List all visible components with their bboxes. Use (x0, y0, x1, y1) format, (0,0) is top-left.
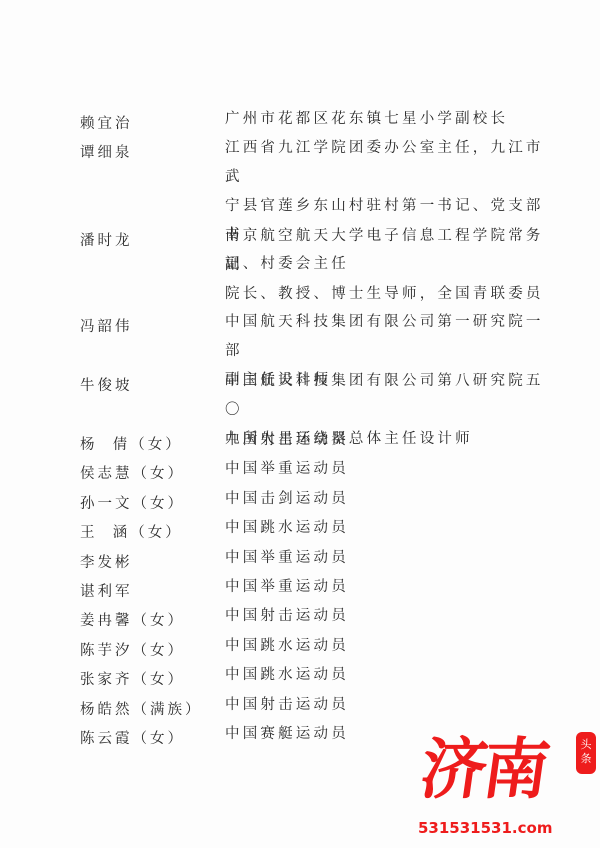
person-name: 姜冉馨（女） (80, 609, 185, 630)
person-name: 赖宜治 (80, 112, 133, 133)
person-description: 南京航空航天大学电子信息工程学院常务副 院长、教授、博士生导师，全国青联委员 (225, 222, 545, 309)
person-description: 中国举重运动员 (225, 544, 545, 573)
person-name: 潘时龙 (80, 229, 133, 250)
person-name: 侯志慧（女） (80, 462, 185, 483)
person-name: 孙一文（女） (80, 492, 185, 513)
person-description: 广州市花都区花东镇七星小学副校长 (225, 105, 545, 134)
person-description: 中国射击运动员 (225, 426, 545, 455)
person-description: 中国举重运动员 (225, 455, 545, 484)
person-description: 中国击剑运动员 (225, 485, 545, 514)
person-description: 中国跳水运动员 (225, 514, 545, 543)
watermark-brand: 济南 (415, 716, 552, 811)
person-name: 冯韶伟 (80, 315, 133, 336)
person-name: 谭细泉 (80, 141, 133, 162)
person-description: 中国射击运动员 (225, 602, 545, 631)
watermark-logo: 济南 头条 531531531.com (410, 712, 590, 842)
person-description: 中国举重运动员 (225, 573, 545, 602)
person-name: 杨皓然（满族） (80, 698, 203, 719)
person-name: 陈芋汐（女） (80, 639, 185, 660)
person-name: 王 涵（女） (80, 521, 183, 542)
watermark-tag: 头条 (576, 732, 596, 774)
person-description: 中国跳水运动员 (225, 661, 545, 690)
person-name: 杨 倩（女） (80, 433, 183, 454)
person-description: 中国跳水运动员 (225, 632, 545, 661)
person-name: 张家齐（女） (80, 668, 185, 689)
person-name: 李发彬 (80, 551, 133, 572)
person-name: 牛俊坡 (80, 374, 133, 395)
person-name: 陈云霞（女） (80, 727, 185, 748)
watermark-url: 531531531.com (418, 819, 552, 837)
person-name: 谌利军 (80, 580, 133, 601)
